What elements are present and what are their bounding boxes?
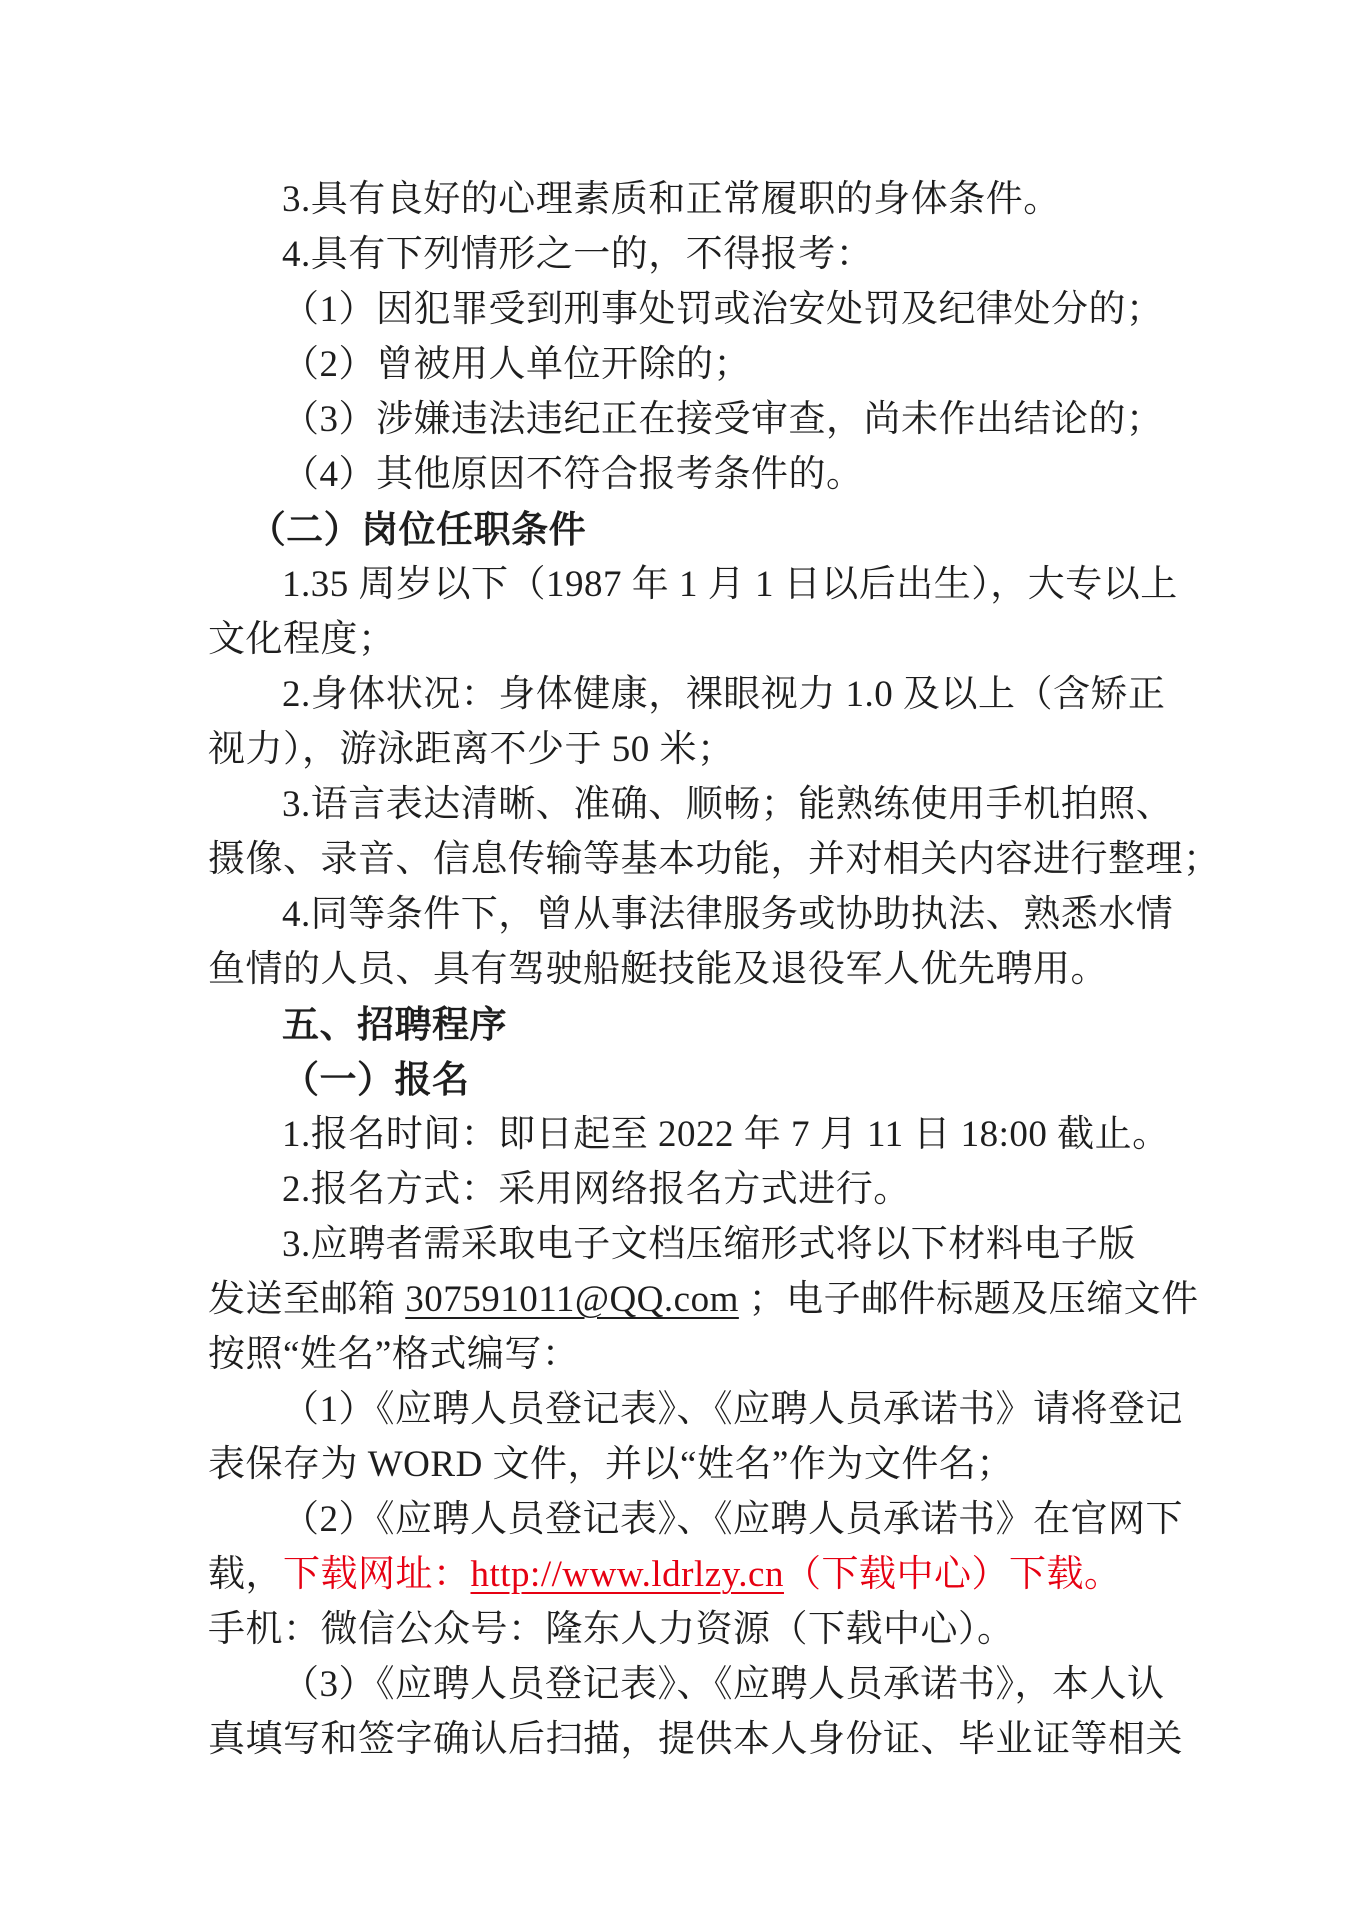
- text-run: 2.报名方式：采用网络报名方式进行。: [282, 1169, 911, 1210]
- doc-line: 4.同等条件下，曾从事法律服务或协助执法、熟悉水情: [208, 887, 1208, 942]
- doc-line: 鱼情的人员、具有驾驶船艇技能及退役军人优先聘用。: [208, 942, 1208, 997]
- section-heading-post-conditions: （二）岗位任职条件: [208, 502, 1208, 557]
- document-body: 3.具有良好的心理素质和正常履职的身体条件。4.具有下列情形之一的，不得报考：（…: [208, 172, 1208, 1767]
- text-run: 4.同等条件下，曾从事法律服务或协助执法、熟悉水情: [282, 894, 1173, 935]
- text-run: 1.35 周岁以下（1987 年 1 月 1 日以后出生），大专以上: [282, 564, 1178, 605]
- doc-line: （1）《应聘人员登记表》、《应聘人员承诺书》请将登记: [208, 1382, 1208, 1437]
- doc-line: 表保存为 WORD 文件，并以“姓名”作为文件名；: [208, 1437, 1208, 1492]
- text-run: （一）报名: [282, 1059, 470, 1100]
- download-url-link[interactable]: http://www.ldrlzy.cn: [471, 1554, 784, 1595]
- text-run: 五、招聘程序: [282, 1004, 507, 1045]
- text-run: 3.语言表达清晰、准确、顺畅；能熟练使用手机拍照、: [282, 784, 1173, 825]
- doc-line: 按照“姓名”格式编写：: [208, 1327, 1208, 1382]
- doc-line: 真填写和签字确认后扫描，提供本人身份证、毕业证等相关: [208, 1712, 1208, 1767]
- doc-line: 3.语言表达清晰、准确、顺畅；能熟练使用手机拍照、: [208, 777, 1208, 832]
- doc-line: （2）曾被用人单位开除的；: [208, 337, 1208, 392]
- text-run: 1.报名时间：即日起至 2022 年 7 月 11 日 18:00 截止。: [282, 1114, 1170, 1155]
- doc-line: 1.35 周岁以下（1987 年 1 月 1 日以后出生），大专以上: [208, 557, 1208, 612]
- text-run: 载，: [208, 1554, 283, 1595]
- text-run: （1）因犯罪受到刑事处罚或治安处罚及纪律处分的；: [282, 289, 1164, 330]
- text-run: （4）其他原因不符合报考条件的。: [282, 454, 864, 495]
- doc-line: （4）其他原因不符合报考条件的。: [208, 447, 1208, 502]
- doc-line: 发送至邮箱 307591011@QQ.com ；电子邮件标题及压缩文件: [208, 1272, 1208, 1327]
- doc-line: （1）因犯罪受到刑事处罚或治安处罚及纪律处分的；: [208, 282, 1208, 337]
- doc-line: （2）《应聘人员登记表》、《应聘人员承诺书》在官网下: [208, 1492, 1208, 1547]
- doc-line: 4.具有下列情形之一的，不得报考：: [208, 227, 1208, 282]
- text-run: 摄像、录音、信息传输等基本功能，并对相关内容进行整理；: [208, 839, 1221, 880]
- doc-line: （3）《应聘人员登记表》、《应聘人员承诺书》，本人认: [208, 1657, 1208, 1712]
- text-run: ；电子邮件标题及压缩文件: [739, 1279, 1199, 1320]
- text-run: （2）《应聘人员登记表》、《应聘人员承诺书》在官网下: [282, 1499, 1183, 1540]
- email-link[interactable]: 307591011@QQ.com: [405, 1279, 739, 1320]
- text-run: 真填写和签字确认后扫描，提供本人身份证、毕业证等相关: [208, 1719, 1183, 1760]
- doc-line: 3.具有良好的心理素质和正常履职的身体条件。: [208, 172, 1208, 227]
- text-run: （3）《应聘人员登记表》、《应聘人员承诺书》，本人认: [282, 1664, 1165, 1705]
- text-run: 4.具有下列情形之一的，不得报考：: [282, 234, 873, 275]
- text-run: （2）曾被用人单位开除的；: [282, 344, 751, 385]
- text-run: 表保存为 WORD 文件，并以“姓名”作为文件名；: [208, 1444, 1014, 1485]
- doc-line: 手机：微信公众号：隆东人力资源（下载中心）。: [208, 1602, 1208, 1657]
- section-heading-recruitment-procedure: 五、招聘程序: [208, 997, 1208, 1052]
- doc-line: （3）涉嫌违法违纪正在接受审查，尚未作出结论的；: [208, 392, 1208, 447]
- doc-line: 2.报名方式：采用网络报名方式进行。: [208, 1162, 1208, 1217]
- doc-line: 2.身体状况：身体健康，裸眼视力 1.0 及以上（含矫正: [208, 667, 1208, 722]
- text-run: 鱼情的人员、具有驾驶船艇技能及退役军人优先聘用。: [208, 949, 1108, 990]
- text-run: （1）《应聘人员登记表》、《应聘人员承诺书》请将登记: [282, 1389, 1183, 1430]
- text-run: （3）涉嫌违法违纪正在接受审查，尚未作出结论的；: [282, 399, 1164, 440]
- text-run: 3.应聘者需采取电子文档压缩形式将以下材料电子版: [282, 1224, 1136, 1265]
- doc-line: 摄像、录音、信息传输等基本功能，并对相关内容进行整理；: [208, 832, 1208, 887]
- text-run: 手机：微信公众号：隆东人力资源（下载中心）。: [208, 1609, 1015, 1650]
- text-run: 下载网址：: [283, 1554, 471, 1595]
- text-run: 按照“姓名”格式编写：: [208, 1334, 579, 1375]
- text-run: 视力），游泳距离不少于 50 米；: [208, 729, 735, 770]
- text-run: 2.身体状况：身体健康，裸眼视力 1.0 及以上（含矫正: [282, 674, 1166, 715]
- document-page: 3.具有良好的心理素质和正常履职的身体条件。4.具有下列情形之一的，不得报考：（…: [0, 0, 1366, 1931]
- doc-line: 1.报名时间：即日起至 2022 年 7 月 11 日 18:00 截止。: [208, 1107, 1208, 1162]
- doc-line: 文化程度；: [208, 612, 1208, 667]
- text-run: 3.具有良好的心理素质和正常履职的身体条件。: [282, 179, 1061, 220]
- doc-line: 视力），游泳距离不少于 50 米；: [208, 722, 1208, 777]
- section-heading-registration: （一）报名: [208, 1052, 1208, 1107]
- doc-line: 3.应聘者需采取电子文档压缩形式将以下材料电子版: [208, 1217, 1208, 1272]
- text-run: 文化程度；: [208, 619, 396, 660]
- doc-line: 载，下载网址：http://www.ldrlzy.cn（下载中心）下载。: [208, 1547, 1208, 1602]
- text-run: （二）岗位任职条件: [249, 509, 587, 550]
- text-run: （下载中心）下载。: [784, 1554, 1122, 1595]
- text-run: 发送至邮箱: [208, 1279, 405, 1320]
